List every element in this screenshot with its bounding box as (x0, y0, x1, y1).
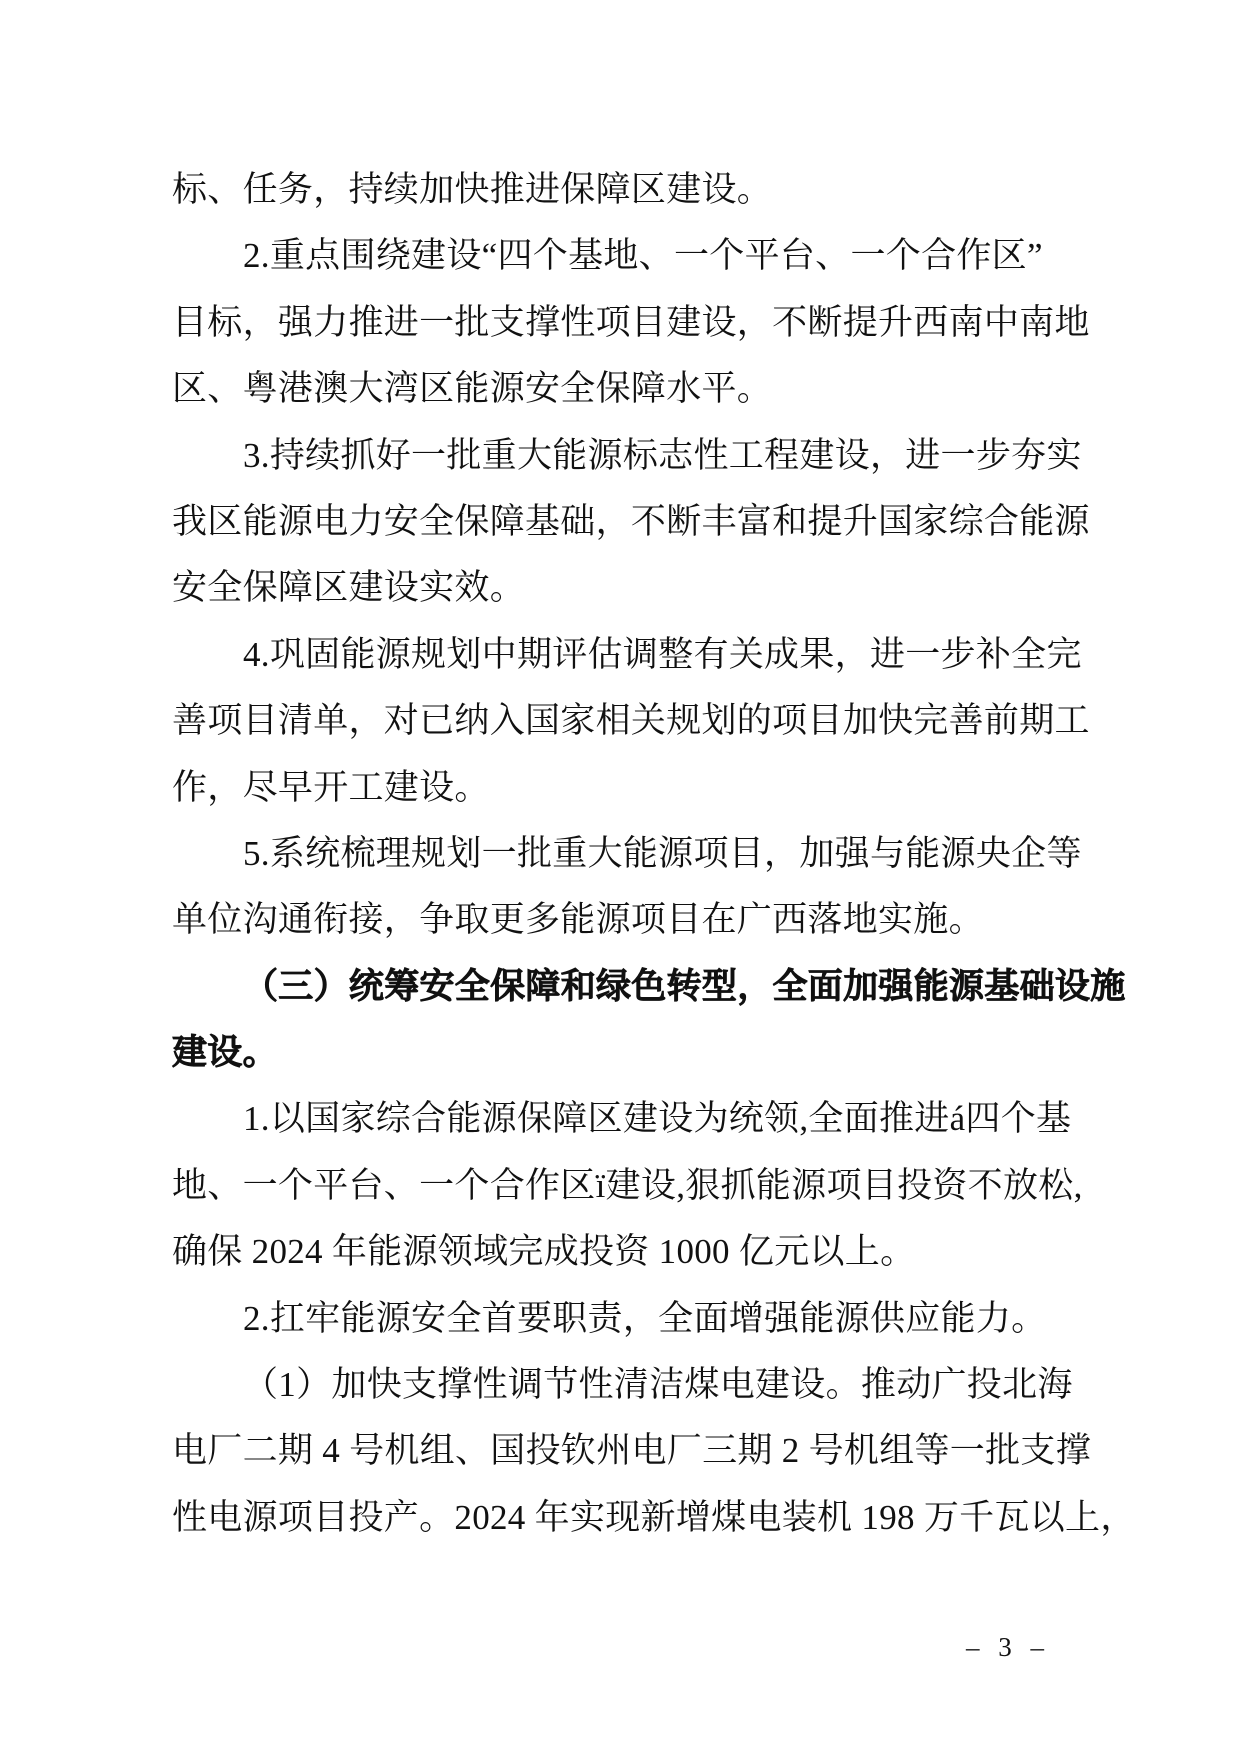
document-body: 标、任务，持续加快推进保障区建设。 2.重点围绕建设“四个基地、一个平台、一个合… (172, 157, 1056, 1551)
document-page: 标、任务，持续加快推进保障区建设。 2.重点围绕建设“四个基地、一个平台、一个合… (0, 0, 1240, 1753)
page-footer: – 3 – (966, 1630, 1050, 1664)
text-line: 1.以国家综合能源保障区建设为统领,全面推进á四个基 (172, 1086, 1056, 1152)
text-line: 善项目清单，对已纳入国家相关规划的项目加快完善前期工 (172, 688, 1056, 754)
text-line: 5.系统梳理规划一批重大能源项目，加强与能源央企等 (172, 821, 1056, 887)
text-line: 地、一个平台、一个合作区ï建设,狠抓能源项目投资不放松, (172, 1153, 1056, 1219)
text-line: 我区能源电力安全保障基础，不断丰富和提升国家综合能源 (172, 489, 1056, 555)
text-line: 作，尽早开工建设。 (172, 755, 1056, 821)
text-line: 安全保障区建设实效。 (172, 555, 1056, 621)
text-line: 2.重点围绕建设“四个基地、一个平台、一个合作区” (172, 223, 1056, 289)
section-heading-line: （三）统筹安全保障和绿色转型，全面加强能源基础设施 (172, 954, 1056, 1020)
text-line: 目标，强力推进一批支撑性项目建设，不断提升西南中南地 (172, 290, 1056, 356)
section-heading-line: 建设。 (172, 1020, 1056, 1086)
text-line: 电厂二期 4 号机组、国投钦州电厂三期 2 号机组等一批支撑 (172, 1418, 1056, 1484)
text-line: 单位沟通衔接，争取更多能源项目在广西落地实施。 (172, 887, 1056, 953)
text-line: 2.扛牢能源安全首要职责，全面增强能源供应能力。 (172, 1286, 1056, 1352)
text-line: 标、任务，持续加快推进保障区建设。 (172, 157, 1056, 223)
text-line: 确保 2024 年能源领域完成投资 1000 亿元以上。 (172, 1219, 1056, 1285)
text-line: 性电源项目投产。2024 年实现新增煤电装机 198 万千瓦以上， (172, 1485, 1056, 1551)
text-line: 区、粤港澳大湾区能源安全保障水平。 (172, 356, 1056, 422)
page-number: – 3 – (966, 1632, 1050, 1662)
text-line: （1）加快支撑性调节性清洁煤电建设。推动广投北海 (172, 1352, 1056, 1418)
text-line: 3.持续抓好一批重大能源标志性工程建设，进一步夯实 (172, 423, 1056, 489)
text-line: 4.巩固能源规划中期评估调整有关成果，进一步补全完 (172, 622, 1056, 688)
